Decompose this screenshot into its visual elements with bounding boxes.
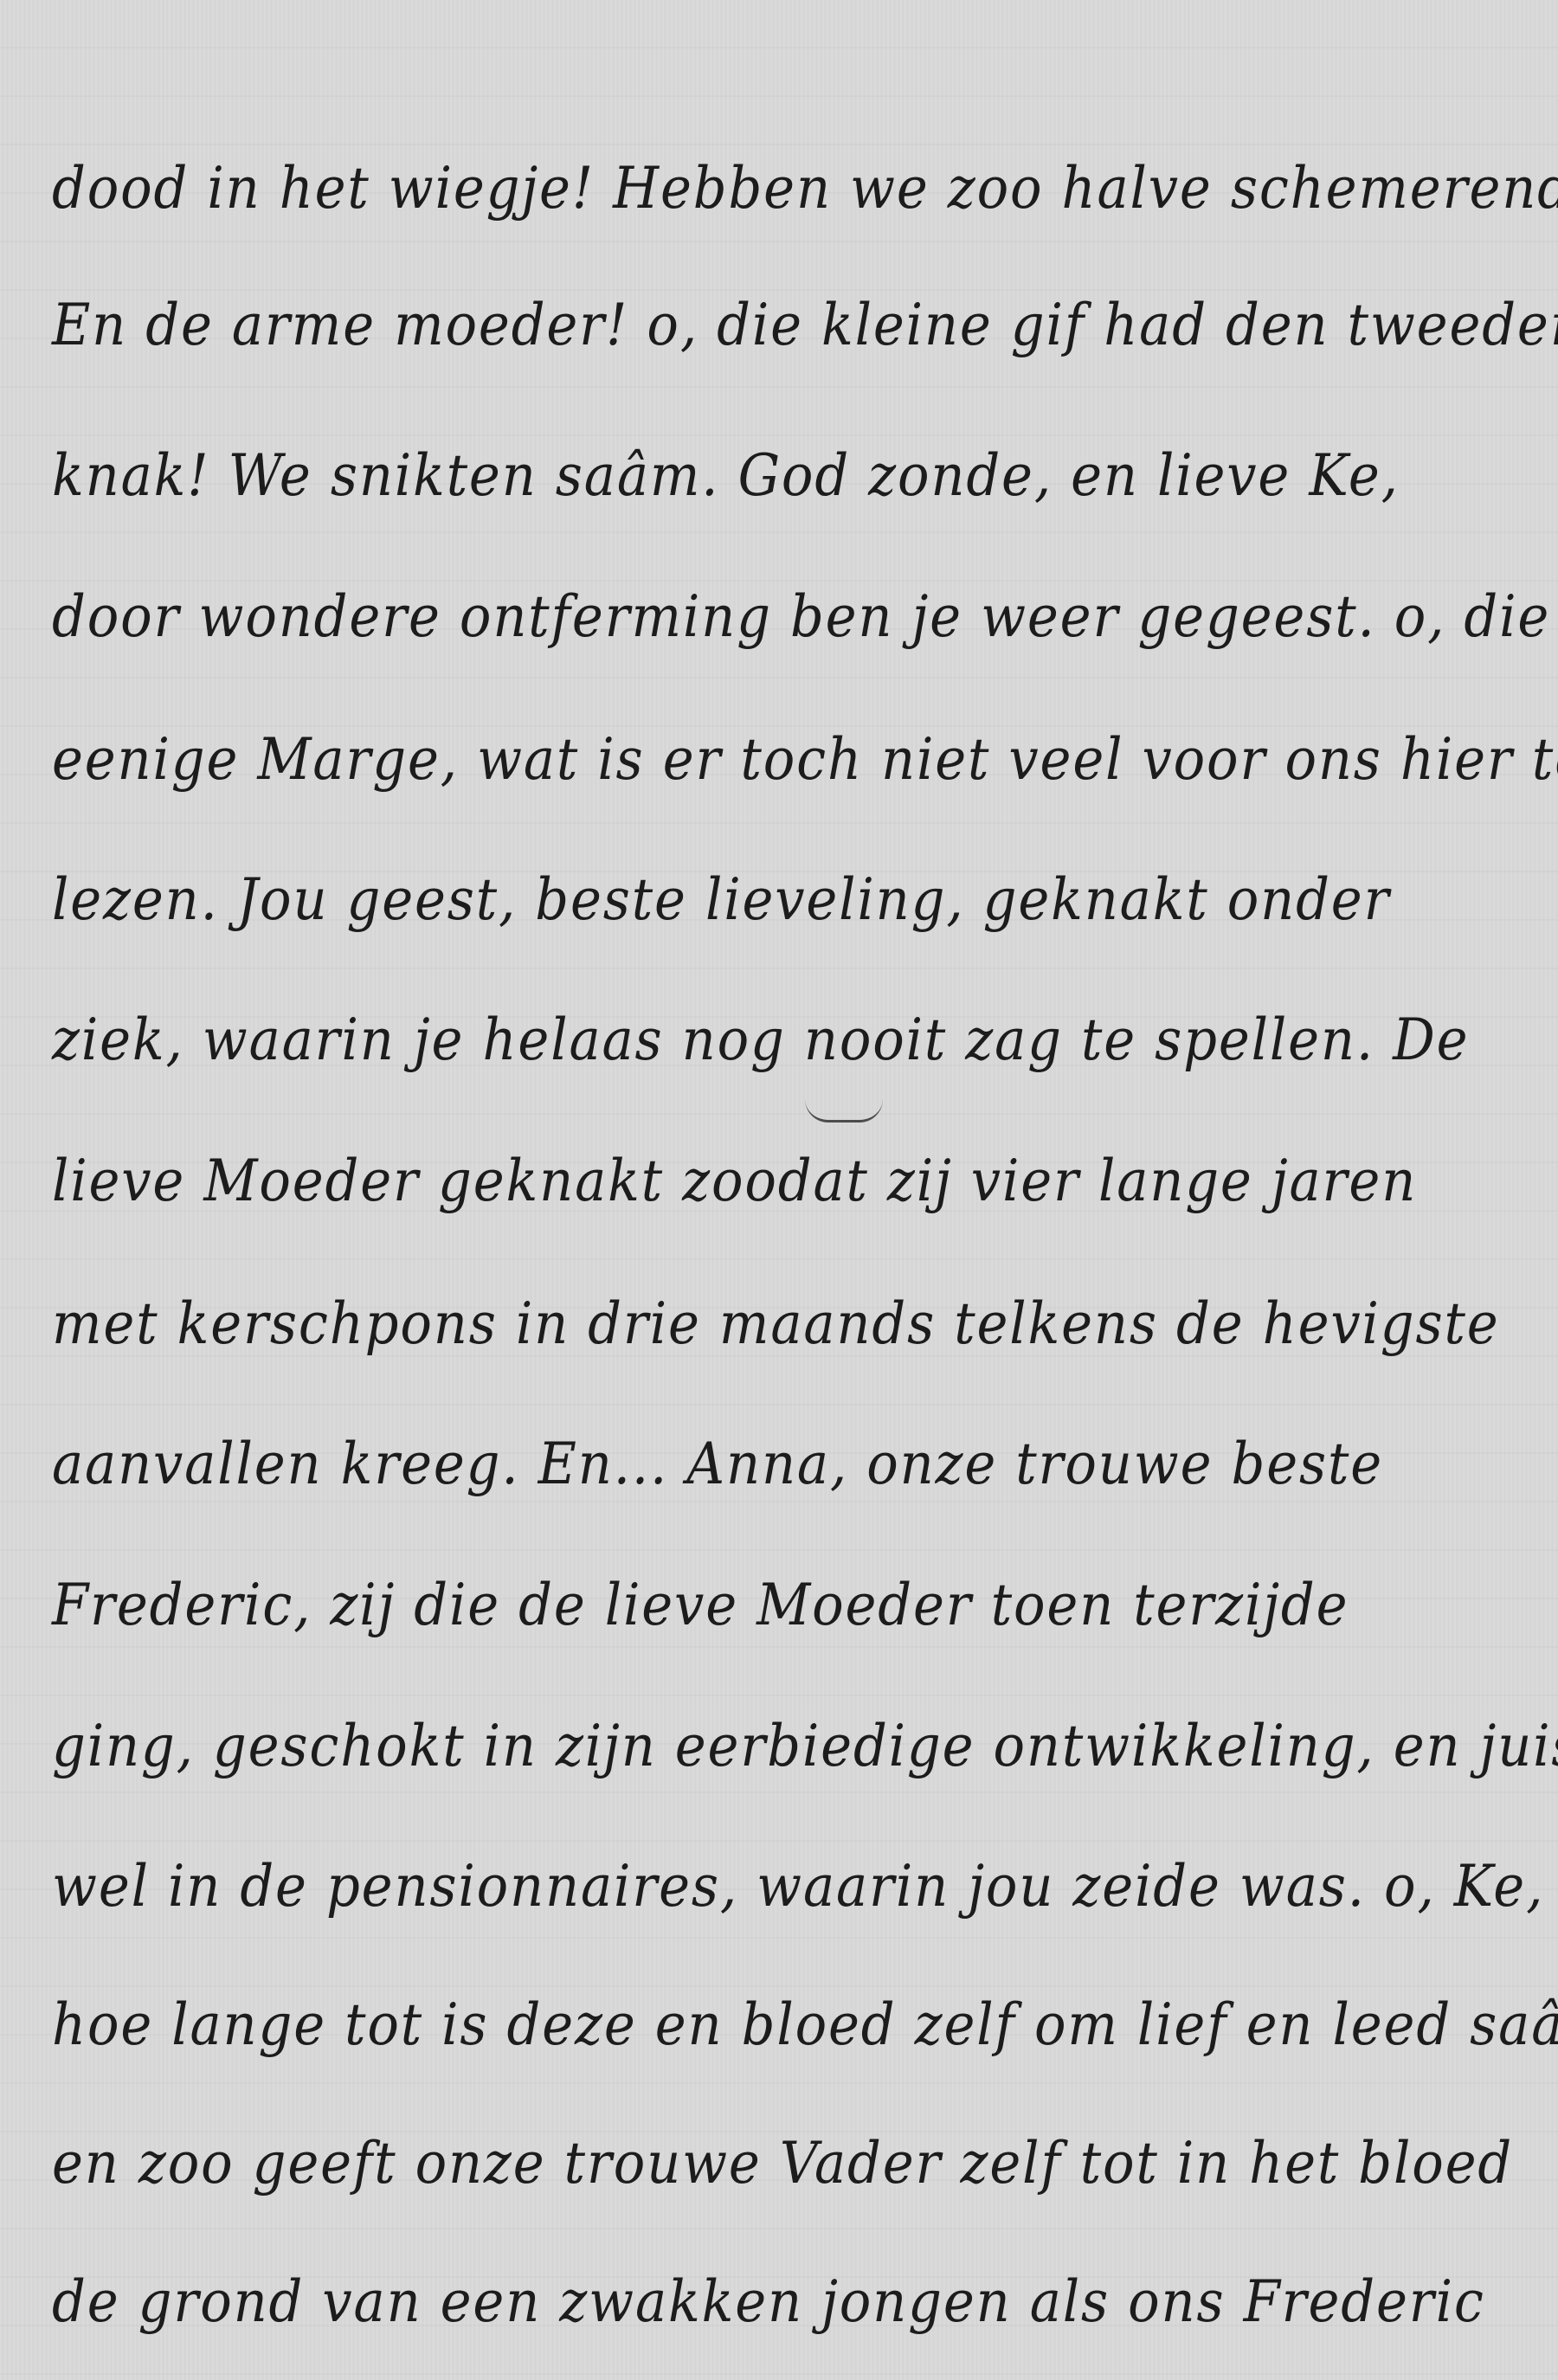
text-line-16: de grond van een zwakken jongen als ons …	[52, 2267, 1390, 2337]
text-line-1: dood in het wiegje! Hebben we zoo halve …	[52, 154, 1390, 223]
text-line-14: hoe lange tot is deze en bloed zelf om l…	[52, 1991, 1390, 2060]
pen-flourish	[805, 1099, 883, 1122]
letter-page: dood in het wiegje! Hebben we zoo halve …	[0, 0, 1558, 2380]
text-line-12: ging, geschokt in zijn eerbiedige ontwik…	[52, 1712, 1390, 1781]
text-line-3: knak! We snikten saâm. God zonde, en lie…	[52, 441, 1390, 511]
text-line-11: Frederic, zij die de lieve Moeder toen t…	[52, 1571, 1390, 1640]
text-line-7: ziek, waarin je helaas nog nooit zag te …	[52, 1006, 1390, 1075]
text-line-2: En de arme moeder! o, die kleine gif had…	[52, 291, 1390, 360]
text-line-8: lieve Moeder geknakt zoodat zij vier lan…	[52, 1147, 1390, 1216]
text-line-5: eenige Marge, wat is er toch niet veel v…	[52, 725, 1390, 794]
text-line-15: en zoo geeft onze trouwe Vader zelf tot …	[52, 2129, 1390, 2198]
text-line-6: lezen. Jou geest, beste lieveling, gekna…	[52, 865, 1390, 935]
text-line-9: met kerschpons in drie maands telkens de…	[52, 1290, 1390, 1359]
text-line-4: door wondere ontferming ben je weer gege…	[52, 582, 1390, 652]
text-line-10: aanvallen kreeg. En... Anna, onze trouwe…	[52, 1430, 1390, 1499]
text-line-13: wel in de pensionnaires, waarin jou zeid…	[52, 1852, 1390, 1921]
